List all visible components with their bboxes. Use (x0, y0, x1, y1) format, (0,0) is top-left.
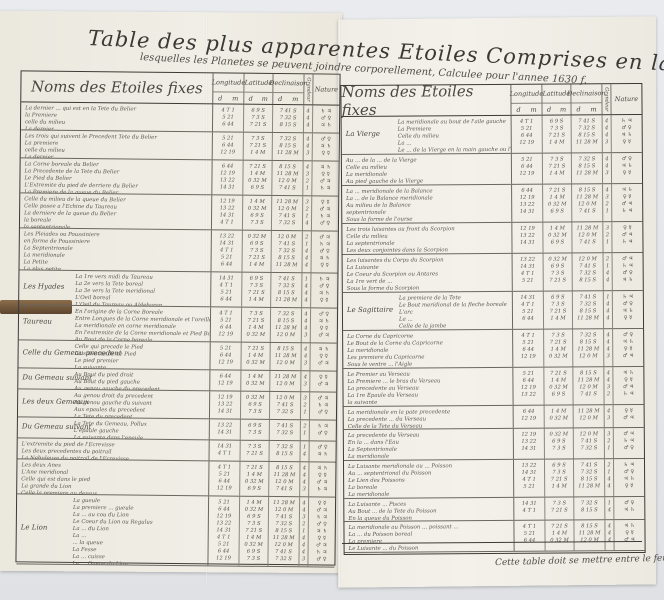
star-names-cell: Les luisantes du Corps du ScorpionLa Lui… (343, 254, 513, 292)
latitude-cell: 7 21 S1 4 M0 32 M (241, 343, 270, 370)
star-name: Les deux conjointes dans la Scorpion (347, 247, 508, 254)
latitude-cell: 1 4 M0 32 M6 9 S7 3 S (243, 196, 272, 230)
grandeur-cell: 2144 (604, 253, 613, 290)
grandeur-cell: 4443 (302, 308, 311, 342)
grandeur-cell: 443 (301, 343, 310, 370)
grandeur-cell: 2144 (605, 459, 614, 496)
nature-cell: ♃ ♄♀ ☿♂ ♃♄ ♃ (312, 161, 338, 195)
grandeur-cell: 4432 (604, 367, 613, 404)
declinaison-cell: 7 32 S8 15 S11 28 M12 0 M (271, 308, 302, 342)
declinaison-cell: 7 41 S7 32 S8 15 S11 28 M (271, 273, 302, 307)
declinaison-cell: 12 0 M7 41 S7 32 S8 15 S11 28 M (271, 231, 302, 272)
latitude-cell: 0 32 M6 9 S7 3 S7 21 S1 4 M (242, 231, 271, 272)
nature-cell: ♄ ♃♂ ♀♃ ♄♀ ☿ (311, 273, 337, 307)
declinaison-cell: 11 28 M12 0 M7 41 S (572, 222, 603, 252)
constellation-label: Du Gemeau suivant (22, 423, 92, 431)
longitude-cell: 6 4412 1913 2214 31 (212, 160, 243, 194)
constellation-label: Le Lion (21, 524, 48, 531)
table-row-group: Les deux AnesL'Ane meridionalCelle qui e… (17, 459, 335, 497)
declinaison-cell: 7 32 S8 15 S11 28 M (273, 133, 304, 160)
nature-cell: ♃ ♄♀ ☿♂ ♃ (310, 343, 336, 370)
longitude-cell: 14 314 T 1 (210, 440, 241, 460)
star-name: Celle de la jambe (347, 323, 508, 330)
star-names-cell: Les trois luisantes au front du Scorpion… (342, 223, 512, 254)
declinaison-cell: 11 28 M12 0 M7 41 S7 32 S8 15 S11 28 M12… (268, 497, 300, 566)
right-table: Noms des Etoiles fixes Longitude dm Lati… (340, 83, 645, 555)
nature-cell: ♂ ♀♃ ♄ (310, 441, 336, 461)
latitude-cell: 1 4 M0 32 M (241, 371, 270, 391)
longitude-cell: 6 4412 1913 2214 31 (512, 185, 543, 222)
star-name: Au pied gauche de la Vierge (346, 178, 507, 185)
latitude-cell: 0 32 M6 9 S7 3 S7 21 S (544, 253, 573, 290)
grandeur-cell: 14 (605, 497, 614, 519)
star-names-cell: TaureauEn l'origine de la Corne BorealeE… (19, 305, 211, 341)
constellation-label: Le Sagittaire (347, 307, 393, 314)
table-row-group: Les HyadesLa 1re vers midi du TaureauLa … (19, 270, 337, 308)
left-table-body: La dernier ... qui est en la Tete du Bel… (16, 102, 339, 564)
longitude-cell: 4 T 15 216 4412 19 (209, 461, 240, 495)
grandeur-cell: 21 (301, 420, 310, 440)
latitude-cell: 1 4 M0 32 M6 9 S (543, 222, 572, 252)
longitude-cell: 4 T 15 216 44 (514, 521, 545, 551)
grandeur-cell: 4443 (300, 462, 309, 496)
table-row-group: La ViergeLa meridionale au bout de l'ail… (342, 115, 642, 155)
declinaison-cell: 7 32 S8 15 S11 28 M (572, 153, 603, 183)
declinaison-cell: 12 0 M7 41 S7 32 S8 15 S (573, 253, 604, 290)
longitude-cell: 13 2214 31 (210, 419, 241, 439)
longitude-cell: 4 T 15 216 4412 19 (211, 307, 242, 341)
longitude-cell: 12 1913 2214 31 (210, 391, 241, 418)
table-row-group: Les Pleiades ou Poussiniereen forme de P… (19, 228, 337, 273)
grandeur-cell: 321 (605, 428, 614, 458)
table-row-group: TaureauEn l'origine de la Corne BorealeE… (19, 305, 337, 343)
longitude-cell: 4 T 15 216 44 (213, 104, 244, 131)
nature-cell: ♂ ♃♄ ♃♂ ♀♃ ♄ (613, 253, 643, 290)
star-names-cell: Les trois qui suivent le Precedent Tete … (21, 130, 213, 159)
declinaison-cell: 8 15 S11 28 M12 0 M7 41 S (269, 462, 300, 496)
nature-cell: ♄ ♃♂ ♀♃ ♄♀ ☿ (614, 459, 644, 496)
table-row-group: Les deux GemeauxAu genou droit du preced… (18, 389, 336, 420)
grandeur-cell: 4443 (603, 115, 612, 152)
latitude-cell: 7 3 S7 21 S1 4 M0 32 M (242, 308, 271, 342)
table-row-group: La Corne du CapricorneLe Bout de la Corn… (343, 329, 643, 369)
table-row-group: La dernier ... qui est en la Tete du Bel… (21, 102, 339, 133)
longitude-cell: 6 4412 19 (210, 370, 241, 390)
constellation-label: Celle du Gemeau precedent (23, 349, 122, 357)
nature-cell: ♂ ♃♄ ♃♂ ♀ (310, 392, 336, 419)
declinaison-cell: 11 28 M12 0 M (574, 405, 605, 427)
nature-cell: ♃ ♄♀ ☿♂ ♃♄ ♃ (612, 184, 642, 221)
right-table-header: Noms des Etoiles fixes Longitude dm Lati… (341, 84, 641, 117)
star-names-cell: La Corne boreale du BelierLa Precedente … (20, 158, 212, 194)
latitude-cell: 7 21 S1 4 M0 32 M6 9 S (243, 161, 272, 195)
table-row-group: Le Premier au VerseauLa Premiere ... le … (343, 367, 643, 407)
nature-cell: ♀ ☿♂ ♃ (614, 405, 644, 427)
longitude-cell: 14 314 T 15 216 44 (513, 292, 544, 329)
table-row-group: Les luisantes du Corps du ScorpionLa Lui… (343, 253, 643, 293)
nature-cell: ♀ ☿♂ ♃♄ ♃♂ ♀ (312, 196, 338, 230)
star-name: La meridionale (348, 453, 509, 460)
star-names-cell: Le Premier au VerseauLa Premiere ... le … (343, 368, 513, 406)
table-row-group: La Corne boreale du BelierLa Precedente … (20, 158, 338, 196)
latitude-cell: 7 21 S1 4 M0 32 M6 9 S (543, 184, 572, 221)
table-row-group: Le SagittaireLa premiere de la TeteLe Bo… (343, 291, 643, 331)
longitude-cell: 5 216 4412 19 (210, 342, 241, 369)
star-names-cell: Du Gemeau suivantAu Bout du pied droitAu… (18, 368, 210, 390)
latitude-cell: 0 32 M6 9 S7 3 S (241, 392, 270, 419)
star-name: La meridionale (348, 491, 509, 498)
latitude-cell: 7 3 S7 21 S1 4 M0 32 M (544, 329, 573, 366)
nature-cell: ♂ ♀♃ ♄♀ ☿♂ ♃ (311, 308, 337, 342)
star-names-cell: La ViergeLa meridionale au bout de l'ail… (342, 116, 512, 154)
star-names-cell: La Luisante ... PiscesAu Bout ... de la … (344, 498, 514, 521)
nature-header: Nature (611, 84, 641, 114)
nature-cell: ♂ ♀♃ ♄♀ ☿ (313, 133, 339, 160)
grandeur-cell: 4321 (303, 161, 312, 195)
star-names-cell: La ... meridionale de la BalanceLa ... d… (342, 185, 512, 223)
nature-cell: ♂ ♀♃ ♄ (614, 497, 644, 519)
declinaison-cell: 11 28 M12 0 M (270, 371, 301, 391)
table-row-group: La meridionale en la pate precedenteLa p… (344, 405, 644, 430)
star-names-cell: Le SagittaireLa premiere de la TeteLe Bo… (343, 292, 513, 330)
star-names-cell: Les HyadesLa 1re vers midi du TaureauLa … (19, 270, 211, 306)
nature-cell: ♂ ♀♃ ♄♀ ☿♂ ♃ (613, 329, 643, 366)
constellation-label: Taureau (23, 318, 52, 325)
grandeur-cell: 1444 (604, 291, 613, 328)
star-names-cell: La precedente du VerseauEn la ... dans l… (344, 429, 514, 460)
star-name: la suivante (348, 399, 509, 406)
longitude-cell: 14 314 T 1 (514, 498, 545, 520)
latitude-cell: 6 9 S7 3 S7 21 S1 4 M (544, 291, 573, 328)
latitude-cell: 6 9 S7 3 S7 21 S (244, 105, 273, 132)
star-names-cell: L'extremite du pied de l'EcrevisseLes de… (18, 438, 210, 460)
grandeur-header: Grandeur (602, 84, 611, 114)
table-row-group: La Luisante ... PiscesAu Bout ... de la … (344, 497, 644, 522)
declinaison-cell: 8 15 S11 28 M12 0 M (574, 520, 605, 550)
table-row-group: La meridionale au Poisson ... poissant .… (344, 520, 644, 553)
declinaison-cell: 7 41 S7 32 S8 15 S (273, 105, 304, 132)
table-row-group: Les trois qui suivent le Precedent Tete … (21, 130, 339, 161)
declinaison-cell: 7 32 S8 15 S (270, 441, 301, 461)
longitude-cell: 6 4412 19 (514, 406, 545, 428)
longitude-cell: 4 T 15 216 4412 19 (512, 116, 543, 153)
grandeur-cell: 443 (603, 153, 612, 183)
star-names-cell: La meridionale en la pate precedenteLa p… (344, 406, 514, 429)
constellation-label: Les deux Gemeaux (22, 398, 89, 406)
table-row-group: Celle du milieu de la queue du BelierCel… (20, 193, 338, 231)
table-row-group: Les trois luisantes au front du Scorpion… (342, 222, 642, 255)
latitude-cell: 6 9 S7 3 S7 21 S1 4 M (545, 459, 574, 496)
declinaison-cell: 8 15 S11 28 M12 0 M7 41 S (572, 184, 603, 221)
declinaison-cell: 7 41 S7 32 S8 15 S11 28 M (573, 291, 604, 328)
constellation-label: Les Hyades (23, 283, 64, 290)
latitude-cell: 7 21 S1 4 M0 32 M (545, 520, 574, 550)
star-names-cell: Au ... de la ... de la ViergeCelle au mi… (342, 154, 512, 185)
longitude-cell: 5 216 4412 1913 2214 314 T 15 216 4412 1… (208, 496, 240, 565)
latitude-cell: 1 4 M0 32 M6 9 S7 3 S7 21 S1 4 M0 32 M6 … (239, 497, 269, 566)
star-name: Sous le ventre ... l'Aigle (347, 361, 508, 368)
nature-cell: ♂ ♃♄ ♃♂ ♀ (614, 428, 644, 458)
star-names-cell: Celle du milieu de la queue du BelierCel… (20, 193, 212, 229)
longitude-cell: 12 1913 2214 314 T 1 (212, 195, 243, 229)
longitude-cell: 5 216 4412 19 (512, 154, 543, 184)
table-row-group: Celle du Gemeau precedentCelle qui prece… (18, 340, 336, 371)
grandeur-cell: 4443 (604, 329, 613, 366)
latitude-cell: 0 32 M6 9 S7 3 S (545, 428, 574, 458)
latitude-cell: 7 3 S7 21 S (241, 441, 270, 461)
right-table-body: La ViergeLa meridionale au bout de l'ail… (342, 115, 645, 554)
grandeur-cell: 14 (301, 441, 310, 461)
grandeur-cell: 21444 (302, 231, 311, 272)
longitude-cell: 14 314 T 15 216 44 (211, 272, 242, 306)
table-row-group: La ... meridionale de la BalanceLa ... d… (342, 184, 642, 224)
grandeur-cell: 321 (301, 392, 310, 419)
grandeur-cell: 1444 (302, 273, 311, 307)
nature-cell: ♃ ♄♀ ☿♂ ♃♄ ♃ (309, 462, 335, 496)
declinaison-cell: 7 32 S8 15 S (574, 497, 605, 519)
nature-cell: ♄ ♃♂ ♀♃ ♄♀ ☿ (612, 115, 642, 152)
latitude-cell: 7 3 S7 21 S1 4 M (543, 153, 572, 183)
grandeur-cell: 43 (605, 405, 614, 427)
star-name: Sous la forme de l'ourse (346, 216, 507, 223)
longitude-cell: 5 216 4412 19 (213, 132, 244, 159)
star-name: Le Luisante ... du Poisson (349, 545, 510, 552)
declinaison-cell: 8 15 S11 28 M12 0 M (270, 343, 301, 370)
grandeur-cell: 43 (301, 371, 310, 391)
left-table: Noms des Etoiles fixes Longitude dm Lati… (15, 70, 340, 565)
declinaison-cell: 12 0 M7 41 S7 32 S (270, 392, 301, 419)
star-names-cell: La dernier ... qui est en la Tete du Bel… (21, 102, 213, 131)
declinaison-cell: 7 32 S8 15 S11 28 M12 0 M (573, 329, 604, 366)
declinaison-header: Declinaison dm (571, 84, 602, 114)
nature-cell: ♂ ♃♄ ♃♂ ♀♃ ♄♀ ☿ (311, 231, 337, 272)
table-row-group: La Luisante meridionale au ... PoissonAu… (344, 459, 644, 499)
declinaison-cell: 12 0 M7 41 S7 32 S (574, 428, 605, 458)
grandeur-cell: 444 (605, 520, 614, 550)
longitude-header: Longitude dm (213, 73, 244, 103)
grandeur-cell: 321 (603, 222, 612, 252)
nature-cell: ♀ ☿♂ ♃♄ ♃♂ ♀♃ ♄♀ ☿♂ ♃♄ ♃♂ ♀ (308, 497, 335, 566)
nature-cell: ♄ ♃♂ ♀♃ ♄ (313, 105, 339, 132)
table-row-group: Au ... de la ... de la ViergeCelle au mi… (342, 153, 642, 186)
star-names-cell: Les deux GemeauxAu genou droit du preced… (18, 389, 210, 418)
longitude-cell: 4 T 15 216 4412 19 (513, 330, 544, 367)
nature-cell: ♃ ♄♀ ☿♂ ♃♄ ♃ (613, 367, 643, 404)
nature-cell: ♄ ♃♂ ♀ (310, 420, 336, 440)
latitude-cell: 7 3 S7 21 S1 4 M (244, 133, 273, 160)
table-row-group: La precedente du VerseauEn la ... dans l… (344, 428, 644, 461)
nature-cell: ♃ ♄♀ ☿♂ ♃ (614, 520, 644, 550)
star-names-cell: Le LionLa gueuleLa premiere ... gueuleLa… (16, 494, 209, 565)
latitude-cell: 7 21 S1 4 M0 32 M6 9 S (240, 462, 269, 496)
star-name: Le ... Queue du Lion (20, 560, 203, 565)
declinaison-cell: 7 41 S7 32 S8 15 S11 28 M (574, 459, 605, 496)
nature-cell: ♄ ♃♂ ♀♃ ♄♀ ☿ (613, 291, 643, 328)
longitude-header: Longitude dm (511, 85, 542, 115)
star-names-cell: Les Pleiades ou Poussiniereen forme de P… (20, 228, 212, 271)
constellation-label: Du Gemeau suivant (22, 374, 92, 382)
declinaison-cell: 11 28 M12 0 M7 41 S7 32 S (272, 196, 303, 230)
declinaison-cell: 7 41 S7 32 S8 15 S11 28 M (572, 115, 603, 152)
table-row-group: Le LionLa gueuleLa premiere ... gueuleLa… (16, 494, 335, 567)
grandeur-cell: 4321 (603, 184, 612, 221)
declinaison-cell: 8 15 S11 28 M12 0 M7 41 S (272, 161, 303, 195)
latitude-cell: 6 9 S7 3 S (241, 420, 270, 440)
latitude-cell: 7 3 S7 21 S (545, 497, 574, 519)
declinaison-header: Declinaison dm (273, 74, 304, 104)
longitude-cell: 13 2214 314 T 15 21 (514, 460, 545, 497)
latitude-cell: 1 4 M0 32 M (545, 405, 574, 427)
longitude-cell: 12 1913 2214 31 (514, 429, 545, 459)
star-names-cell: Du Gemeau suivantLa Tete du Gemeau, Poll… (18, 417, 210, 439)
latitude-cell: 6 9 S7 3 S7 21 S1 4 M (242, 273, 271, 307)
star-names-cell: La Luisante meridionale au ... PoissonAu… (344, 460, 514, 498)
star-name: Le ... de la Vierge en la main gauche ou… (346, 147, 507, 154)
grandeur-cell: 443 (304, 133, 313, 160)
latitude-cell: 6 9 S7 3 S7 21 S1 4 M (543, 115, 572, 152)
declinaison-cell: 8 15 S11 28 M12 0 M7 41 S (573, 367, 604, 404)
longitude-cell: 5 216 4412 1913 22 (513, 368, 544, 405)
star-names-cell: Les deux AnesL'Ane meridionalCelle qui e… (17, 459, 209, 495)
latitude-cell: 7 21 S1 4 M0 32 M6 9 S (544, 367, 573, 404)
grandeur-header: Grandeur (304, 74, 313, 104)
star-name: Sous la forme du Scorpion (347, 285, 508, 292)
nature-cell: ♂ ♀♃ ♄♀ ☿ (612, 153, 642, 183)
nature-header: Nature (313, 74, 339, 104)
longitude-cell: 13 2214 314 T 15 21 (513, 254, 544, 291)
declinaison-cell: 7 41 S7 32 S (270, 420, 301, 440)
star-names-cell: La meridionale au Poisson ... poissant .… (344, 521, 514, 552)
longitude-cell: 13 2214 314 T 15 216 44 (211, 230, 242, 271)
grandeur-cell: 444 (304, 105, 313, 132)
names-column-header: Noms des Etoiles fixes (21, 71, 213, 103)
star-names-cell: Celle du Gemeau precedentCelle qui prece… (18, 340, 210, 369)
names-column-header: Noms des Etoiles fixes (341, 85, 511, 116)
longitude-cell: 12 1913 2214 31 (512, 223, 543, 253)
constellation-label: La Vierge (346, 131, 380, 138)
grandeur-cell: 3214 (303, 196, 312, 230)
nature-cell: ♀ ☿♂ ♃ (310, 371, 336, 391)
nature-cell: ♀ ☿♂ ♃♄ ♃ (612, 222, 642, 252)
left-table-header: Noms des Etoiles fixes Longitude dm Lati… (21, 71, 339, 105)
star-names-cell: La Corne du CapricorneLe Bout de la Corn… (343, 330, 513, 368)
